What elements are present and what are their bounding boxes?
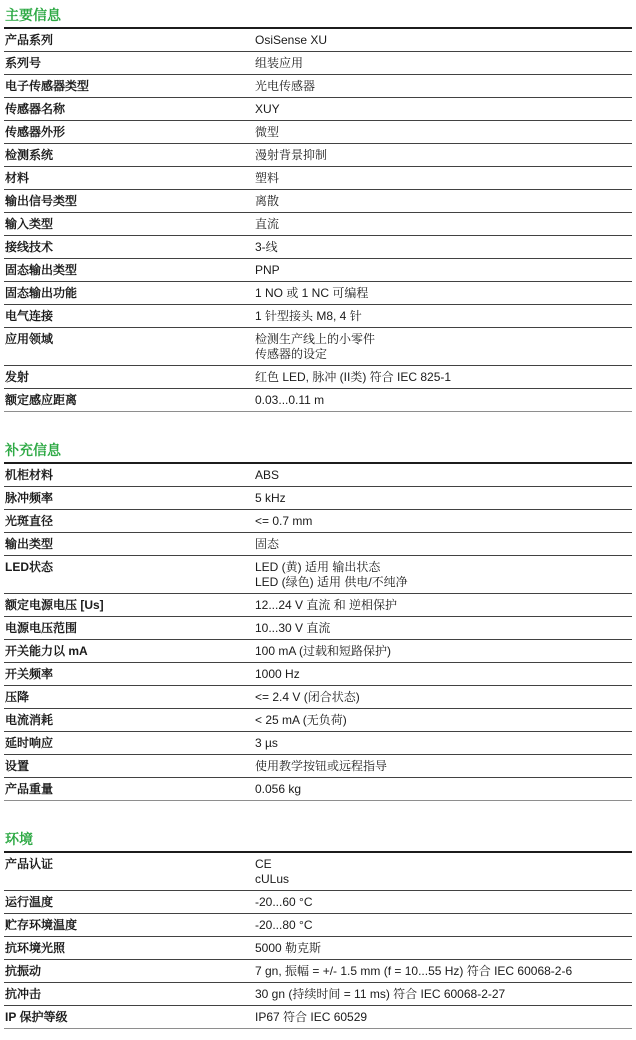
spec-value: < 25 mA (无负荷)	[255, 713, 632, 728]
spec-row: 输出信号类型 离散	[4, 190, 632, 213]
spec-value: 3-线	[255, 240, 632, 255]
spec-label: 传感器外形	[4, 125, 255, 140]
spec-row: 电源电压范围 10...30 V 直流	[4, 617, 632, 640]
section-title: 主要信息	[5, 7, 632, 23]
spec-row: 光斑直径 <= 0.7 mm	[4, 510, 632, 533]
spec-value: PNP	[255, 263, 632, 278]
spec-value: 0.056 kg	[255, 782, 632, 797]
spec-row: 固态输出功能 1 NO 或 1 NC 可编程	[4, 282, 632, 305]
spec-row: 材料 塑料	[4, 167, 632, 190]
spec-label: 开关能力以 mA	[4, 644, 255, 659]
spec-value: 光电传感器	[255, 79, 632, 94]
spec-label: 电源电压范围	[4, 621, 255, 636]
spec-row: 应用领域 检测生产线上的小零件 传感器的设定	[4, 328, 632, 366]
spec-label: 产品系列	[4, 33, 255, 48]
spec-label: 抗环境光照	[4, 941, 255, 956]
spec-section: 补充信息 机柜材料 ABS 脉冲频率 5 kHz 光斑直径 <= 0.7 mm …	[4, 442, 632, 801]
spec-label: 开关频率	[4, 667, 255, 682]
spec-value: -20...80 °C	[255, 918, 632, 933]
spec-row: 电气连接 1 针型接头 M8, 4 针	[4, 305, 632, 328]
spec-label: 抗振动	[4, 964, 255, 979]
spec-row: 设置 使用教学按钮或远程指导	[4, 755, 632, 778]
spec-row: 压降 <= 2.4 V (闭合状态)	[4, 686, 632, 709]
spec-row: 产品认证 CE cULus	[4, 853, 632, 891]
spec-row: 延时响应 3 µs	[4, 732, 632, 755]
spec-value: 检测生产线上的小零件 传感器的设定	[255, 332, 632, 362]
spec-row: 机柜材料 ABS	[4, 464, 632, 487]
spec-label: 压降	[4, 690, 255, 705]
spec-row: 传感器外形 微型	[4, 121, 632, 144]
spec-label: 系列号	[4, 56, 255, 71]
spec-value: 微型	[255, 125, 632, 140]
spec-row: 贮存环境温度 -20...80 °C	[4, 914, 632, 937]
spec-row: 输入类型 直流	[4, 213, 632, 236]
spec-label: 产品重量	[4, 782, 255, 797]
section-title: 环境	[5, 831, 632, 847]
spec-row: 电子传感器类型 光电传感器	[4, 75, 632, 98]
spec-value: ABS	[255, 468, 632, 483]
spec-label: 输出类型	[4, 537, 255, 552]
spec-row: 产品重量 0.056 kg	[4, 778, 632, 801]
spec-value: 10...30 V 直流	[255, 621, 632, 636]
spec-label: 设置	[4, 759, 255, 774]
spec-value: 离散	[255, 194, 632, 209]
spec-value: 使用教学按钮或远程指导	[255, 759, 632, 774]
spec-rows: 产品认证 CE cULus 运行温度 -20...60 °C 贮存环境温度 -2…	[4, 853, 632, 1029]
spec-label: 产品认证	[4, 857, 255, 872]
spec-row: 抗振动 7 gn, 振幅 = +/- 1.5 mm (f = 10...55 H…	[4, 960, 632, 983]
spec-section: 主要信息 产品系列 OsiSense XU 系列号 组装应用 电子传感器类型 光…	[4, 7, 632, 412]
spec-value: IP67 符合 IEC 60529	[255, 1010, 632, 1025]
spec-label: 额定感应距离	[4, 393, 255, 408]
spec-label: 输出信号类型	[4, 194, 255, 209]
spec-label: 发射	[4, 370, 255, 385]
spec-row: 额定感应距离 0.03...0.11 m	[4, 389, 632, 412]
spec-row: 发射 红色 LED, 脉冲 (II类) 符合 IEC 825-1	[4, 366, 632, 389]
spec-label: 电气连接	[4, 309, 255, 324]
spec-value: 直流	[255, 217, 632, 232]
spec-value: 组装应用	[255, 56, 632, 71]
spec-row: 抗环境光照 5000 勒克斯	[4, 937, 632, 960]
spec-row: IP 保护等级 IP67 符合 IEC 60529	[4, 1006, 632, 1029]
spec-value: 5 kHz	[255, 491, 632, 506]
spec-label: 材料	[4, 171, 255, 186]
spec-label: 运行温度	[4, 895, 255, 910]
spec-document: 主要信息 产品系列 OsiSense XU 系列号 组装应用 电子传感器类型 光…	[0, 0, 636, 1029]
spec-value: 5000 勒克斯	[255, 941, 632, 956]
spec-label: 应用领域	[4, 332, 255, 347]
spec-rows: 产品系列 OsiSense XU 系列号 组装应用 电子传感器类型 光电传感器 …	[4, 29, 632, 412]
spec-label: 脉冲频率	[4, 491, 255, 506]
spec-row: 运行温度 -20...60 °C	[4, 891, 632, 914]
spec-label: 贮存环境温度	[4, 918, 255, 933]
spec-row: 固态输出类型 PNP	[4, 259, 632, 282]
section-title: 补充信息	[5, 442, 632, 458]
spec-value: 7 gn, 振幅 = +/- 1.5 mm (f = 10...55 Hz) 符…	[255, 964, 632, 979]
spec-row: 电流消耗 < 25 mA (无负荷)	[4, 709, 632, 732]
spec-value: 固态	[255, 537, 632, 552]
spec-row: 系列号 组装应用	[4, 52, 632, 75]
spec-row: 开关频率 1000 Hz	[4, 663, 632, 686]
spec-label: 额定电源电压 [Us]	[4, 598, 255, 613]
spec-label: 传感器名称	[4, 102, 255, 117]
spec-section: 环境 产品认证 CE cULus 运行温度 -20...60 °C 贮存环境温度…	[4, 831, 632, 1029]
spec-label: 延时响应	[4, 736, 255, 751]
spec-value: 1 NO 或 1 NC 可编程	[255, 286, 632, 301]
spec-value: OsiSense XU	[255, 33, 632, 48]
spec-label: 电流消耗	[4, 713, 255, 728]
spec-value: -20...60 °C	[255, 895, 632, 910]
spec-row: 脉冲频率 5 kHz	[4, 487, 632, 510]
spec-value: 12...24 V 直流 和 逆相保护	[255, 598, 632, 613]
spec-label: 输入类型	[4, 217, 255, 232]
spec-value: <= 2.4 V (闭合状态)	[255, 690, 632, 705]
spec-value: XUY	[255, 102, 632, 117]
spec-value: 100 mA (过载和短路保护)	[255, 644, 632, 659]
spec-value: 1 针型接头 M8, 4 针	[255, 309, 632, 324]
spec-label: IP 保护等级	[4, 1010, 255, 1025]
spec-value: 3 µs	[255, 736, 632, 751]
spec-row: 开关能力以 mA 100 mA (过载和短路保护)	[4, 640, 632, 663]
spec-label: 检测系统	[4, 148, 255, 163]
spec-value: LED (黄) 适用 输出状态 LED (绿色) 适用 供电/不纯净	[255, 560, 632, 590]
spec-row: 输出类型 固态	[4, 533, 632, 556]
spec-value: CE cULus	[255, 857, 632, 887]
spec-value: 30 gn (持续时间 = 11 ms) 符合 IEC 60068-2-27	[255, 987, 632, 1002]
spec-value: <= 0.7 mm	[255, 514, 632, 529]
spec-label: 电子传感器类型	[4, 79, 255, 94]
spec-row: 传感器名称 XUY	[4, 98, 632, 121]
spec-row: 产品系列 OsiSense XU	[4, 29, 632, 52]
spec-label: 固态输出功能	[4, 286, 255, 301]
spec-value: 漫射背景抑制	[255, 148, 632, 163]
spec-label: 机柜材料	[4, 468, 255, 483]
spec-value: 红色 LED, 脉冲 (II类) 符合 IEC 825-1	[255, 370, 632, 385]
spec-label: LED状态	[4, 560, 255, 575]
spec-row: 检测系统 漫射背景抑制	[4, 144, 632, 167]
spec-row: 额定电源电压 [Us] 12...24 V 直流 和 逆相保护	[4, 594, 632, 617]
spec-row: 接线技术 3-线	[4, 236, 632, 259]
spec-value: 塑料	[255, 171, 632, 186]
spec-value: 1000 Hz	[255, 667, 632, 682]
spec-row: LED状态 LED (黄) 适用 输出状态 LED (绿色) 适用 供电/不纯净	[4, 556, 632, 594]
spec-label: 接线技术	[4, 240, 255, 255]
spec-value: 0.03...0.11 m	[255, 393, 632, 408]
spec-label: 抗冲击	[4, 987, 255, 1002]
spec-label: 固态输出类型	[4, 263, 255, 278]
spec-row: 抗冲击 30 gn (持续时间 = 11 ms) 符合 IEC 60068-2-…	[4, 983, 632, 1006]
spec-rows: 机柜材料 ABS 脉冲频率 5 kHz 光斑直径 <= 0.7 mm 输出类型 …	[4, 464, 632, 801]
spec-label: 光斑直径	[4, 514, 255, 529]
